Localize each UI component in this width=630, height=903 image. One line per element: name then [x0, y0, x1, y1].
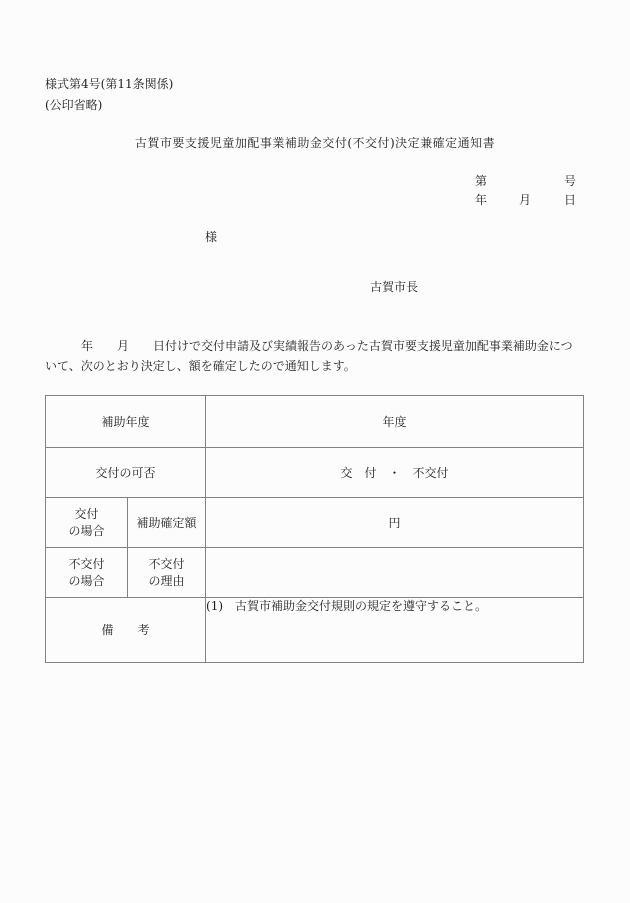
cell-remarks-label: 備 考 — [46, 598, 206, 663]
table-row-subsidy-year: 補助年度 年度 — [46, 396, 584, 448]
cell-remarks-value: (1) 古賀市補助金交付規則の規定を遵守すること。 — [206, 598, 584, 663]
cell-confirmed-amount-value: 円 — [206, 498, 584, 548]
form-number: 様式第4号(第11条関係) — [45, 78, 173, 90]
document-title: 古賀市要支援児童加配事業補助金交付(不交付)決定兼確定通知書 — [0, 137, 630, 149]
date-month-label: 月 — [519, 194, 531, 206]
table-row-nongrant-case: 不交付 の場合 不交付 の理由 — [46, 548, 584, 598]
notice-table: 補助年度 年度 交付の可否 交 付 ・ 不交付 交付 の場合 補助確定額 円 不… — [45, 395, 584, 663]
doc-number-prefix: 第 — [475, 175, 487, 187]
doc-number-suffix: 号 — [564, 175, 576, 187]
date-year-label: 年 — [475, 194, 487, 206]
cell-grant-decision-value: 交 付 ・ 不交付 — [206, 448, 584, 498]
cell-confirmed-amount-label: 補助確定額 — [128, 498, 206, 548]
cell-grant-case-label: 交付 の場合 — [46, 498, 128, 548]
table-row-grant-decision: 交付の可否 交 付 ・ 不交付 — [46, 448, 584, 498]
table-row-remarks: 備 考 (1) 古賀市補助金交付規則の規定を遵守すること。 — [46, 598, 584, 663]
date-day-label: 日 — [564, 194, 576, 206]
document-page: 様式第4号(第11条関係) (公印省略) 古賀市要支援児童加配事業補助金交付(不… — [0, 0, 630, 903]
cell-nongrant-reason-value — [206, 548, 584, 598]
cell-subsidy-year-label: 補助年度 — [46, 396, 206, 448]
seal-note: (公印省略) — [45, 99, 102, 111]
cell-grant-decision-label: 交付の可否 — [46, 448, 206, 498]
sender-name: 古賀市長 — [370, 281, 418, 293]
addressee-honorific: 様 — [205, 231, 217, 243]
cell-nongrant-case-label: 不交付 の場合 — [46, 548, 128, 598]
cell-subsidy-year-value: 年度 — [206, 396, 584, 448]
table-row-grant-case: 交付 の場合 補助確定額 円 — [46, 498, 584, 548]
body-paragraph: 年 月 日付けで交付申請及び実績報告のあった古賀市要支援児童加配事業補助金につ … — [45, 336, 585, 376]
cell-nongrant-reason-label: 不交付 の理由 — [128, 548, 206, 598]
